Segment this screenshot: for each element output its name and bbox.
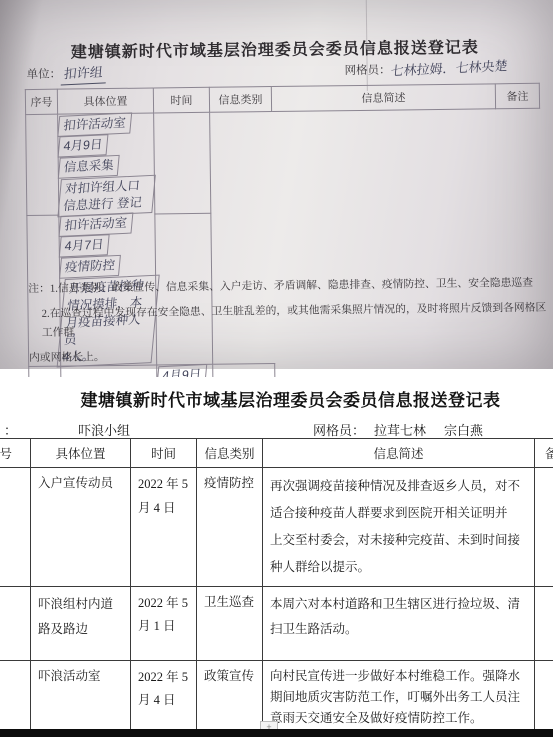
typed-col-header-category: 信息类别 [197,439,263,468]
photo-grid-officer-label: 网格员： [345,65,391,78]
typed-col-header-seq: 序号 [0,439,31,468]
cell-remark [535,468,553,587]
typed-grid-officer-label: 网格员： [313,420,365,439]
typed-table-header-row: 序号 具体位置 时间 信息类别 信息简述 备注 [0,439,553,468]
photo-table-row: 扣许活动室 4月9日 信息采集 对扣许组人口信息进行 登记 [26,108,541,215]
photo-col-header-time: 时间 [153,87,209,113]
photo-grid-officer: 网格员：七林拉姆．七林央楚 [344,59,507,79]
cell-time: 2022 年 5 月 4 日 [131,660,197,735]
typed-form-section: 建塘镇新时代市域基层治理委员会委员信息报送登记表 ： 吓浪小组 网格员： 拉茸七… [0,377,553,726]
cell-category-handwritten: 信息采集 [58,155,120,179]
photo-unit-label: 单位： [27,69,62,81]
cell-location: 入户宣传动员 [31,468,131,587]
cell-location: 吓浪活动室 [31,660,131,735]
cell-time-handwritten: 4月9日 [58,134,109,157]
typed-unit-label: ： [4,420,17,439]
photo-col-header-remark: 备注 [495,83,539,109]
photo-col-header-seq: 序号 [25,89,57,114]
cell-time: 2022 年 5 月 1 日 [131,586,197,660]
photo-grid-officer-value-handwritten: 七林拉姆．七林央楚 [390,57,509,80]
typed-col-header-remark: 备注 [535,439,553,468]
cell-summary: 本周六对本村道路和卫生辖区进行捡垃圾、清 扫卫生路活动。 [263,586,535,660]
cell-seq [0,468,31,587]
photo-col-header-summary: 信息简述 [271,84,495,112]
cell-remark [154,112,211,214]
typed-unit-value: 吓浪小组 [78,420,130,439]
cell-remark [535,660,553,735]
photo-col-header-category: 信息类别 [209,87,271,113]
typed-grid-officer-value-1: 拉茸七林 [374,420,426,439]
cell-summary-handwritten: 对扣许组人口信息进行 登记 [57,174,155,216]
photo-form-meta: 单位：扣许组 网格员：七林拉姆．七林央楚 [27,59,542,85]
typed-col-header-location: 具体位置 [31,439,131,468]
cell-summary: 再次强调疫苗接种情况及排查返乡人员，对不 适合接种疫苗人群要求到医院开相关证明并… [263,468,535,587]
cell-remark [535,586,553,660]
typed-grid-officer-value-2: 宗白燕 [444,420,483,439]
typed-form-table: 序号 具体位置 时间 信息类别 信息简述 备注 入户宣传动员 2022 年 5 … [0,438,553,735]
photo-paper: 建塘镇新时代市域基层治理委员会委员信息报送登记表 单位：扣许组 网格员：七林拉姆… [0,0,553,372]
cell-location: 吓浪组村内道 路及路边 [31,586,131,660]
bottom-divider-bar [0,729,553,737]
photo-col-header-location: 具体位置 [57,88,153,114]
cell-seq [0,586,31,660]
photo-form-section: 建塘镇新时代市域基层治理委员会委员信息报送登记表 单位：扣许组 网格员：七林拉姆… [0,0,553,369]
cell-location-handwritten: 扣许活动室 [59,213,133,237]
photo-unit-value-handwritten: 扣许组 [60,63,107,85]
photo-form-notes: 注：1.信息类别：政策宣传、信息采集、入户走访、矛盾调解、隐患排查、疫情防控、卫… [28,274,547,368]
cell-category: 卫生巡查 [197,586,263,660]
cell-time: 2022 年 5 月 4 日 [131,468,197,587]
typed-form-meta: ： 吓浪小组 网格员： 拉茸七林 宗白燕 [0,420,553,440]
typed-table-row: 入户宣传动员 2022 年 5 月 4 日 疫情防控 再次强调疫苗接种情况及排查… [0,468,553,587]
notes-line-2: 2.在巡查过程中发现存在安全隐患、卫生脏乱差的，或其他需采集照片情况的，及时将照… [41,299,546,343]
typed-form-title: 建塘镇新时代市域基层治理委员会委员信息报送登记表 [14,386,553,411]
cell-time-handwritten: 4月7日 [59,234,110,257]
typed-col-header-summary: 信息简述 [263,439,535,468]
cell-summary: 向村民宣传进一步做好本村维稳工作。强降水 期间地质灾害防范工作，叮嘱外出务工人员… [263,660,535,735]
cell-location-handwritten: 扣许活动室 [57,112,131,136]
cell-category-handwritten: 疫情防控 [59,255,121,279]
typed-col-header-time: 时间 [131,439,197,468]
cell-seq [26,114,59,215]
cell-seq [0,660,31,735]
cell-category: 政策宣传 [197,660,263,735]
photo-table-header-row: 序号 具体位置 时间 信息类别 信息简述 备注 [25,83,539,114]
typed-table-row: 吓浪组村内道 路及路边 2022 年 5 月 1 日 卫生巡查 本周六对本村道路… [0,586,553,660]
cell-category: 疫情防控 [197,468,263,587]
